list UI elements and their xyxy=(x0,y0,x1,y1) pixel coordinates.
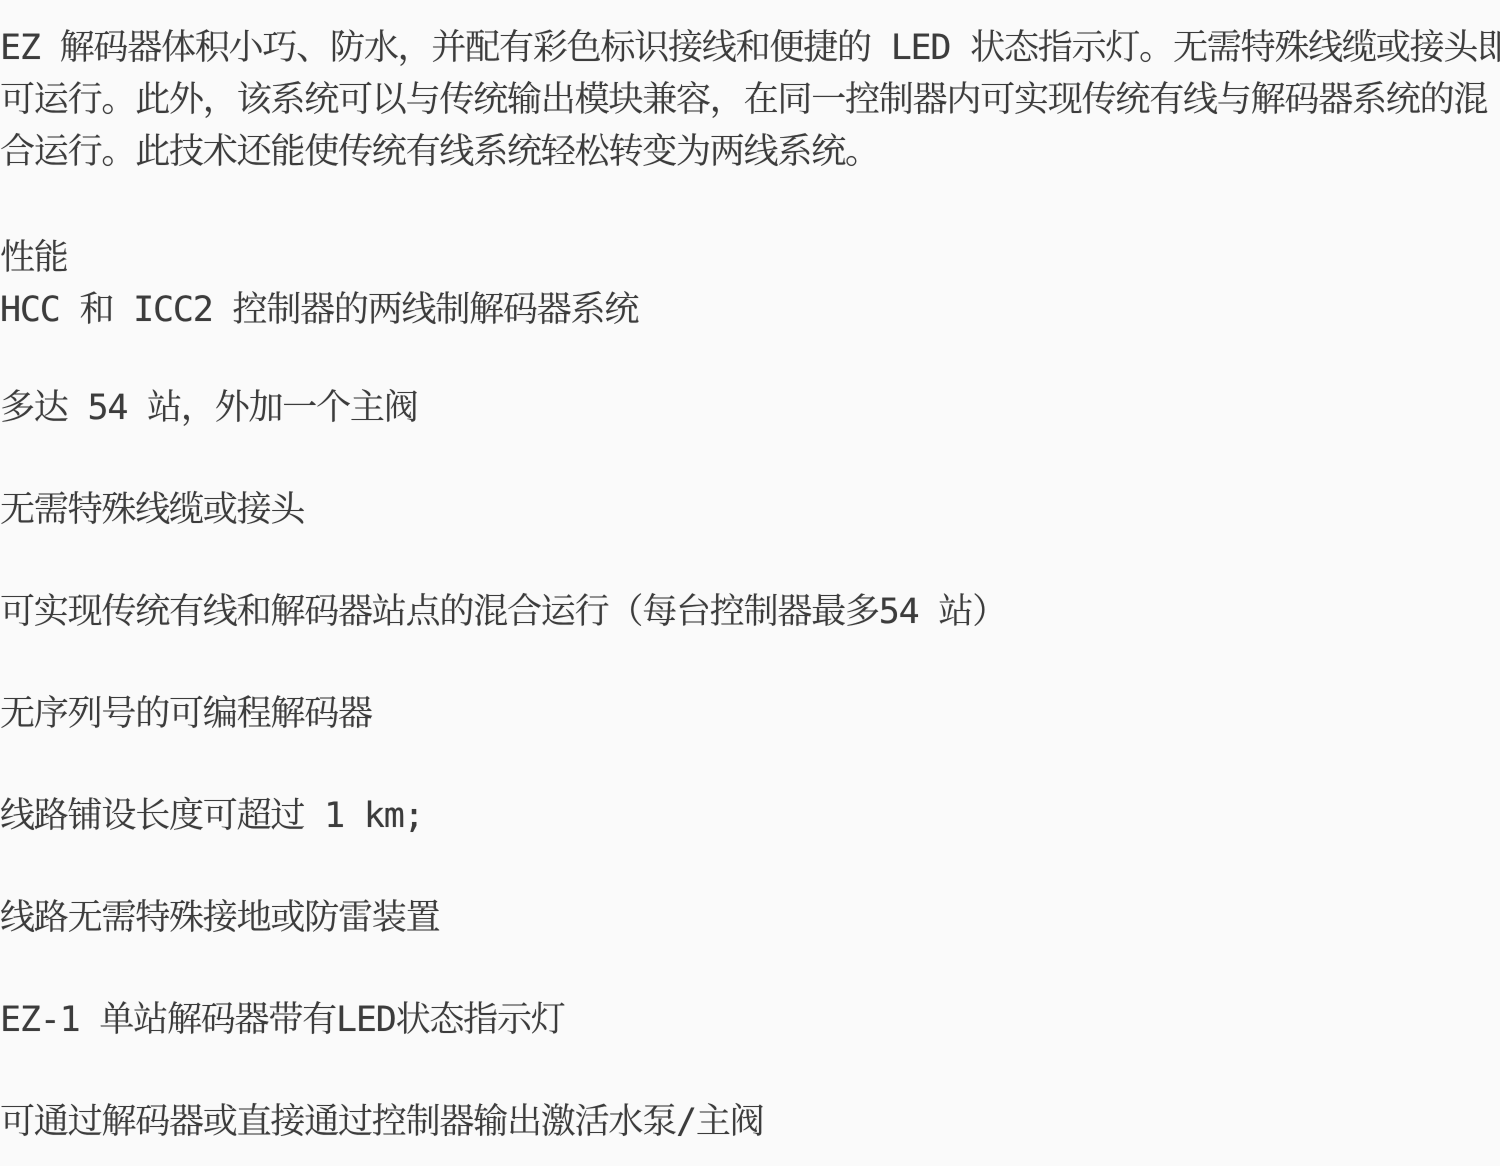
intro-line-3: 合运行。此技术还能使传统有线系统轻松转变为两线系统。 xyxy=(0,126,1500,178)
features-section: 性能 HCC 和 ICC2 控制器的两线制解码器系统 多达 54 站，外加一个主… xyxy=(0,232,1500,1148)
intro-paragraph: EZ 解码器体积小巧、防水，并配有彩色标识接线和便捷的 LED 状态指示灯。无需… xyxy=(0,22,1500,178)
feature-line: 无需特殊线缆或接头 xyxy=(0,484,1500,536)
section-heading: 性能 xyxy=(0,232,1500,284)
section-subtitle: HCC 和 ICC2 控制器的两线制解码器系统 xyxy=(0,284,1500,336)
feature-line: 可实现传统有线和解码器站点的混合运行（每台控制器最多54 站） xyxy=(0,586,1500,638)
feature-line: 线路无需特殊接地或防雷装置 xyxy=(0,892,1500,944)
feature-line: 无序列号的可编程解码器 xyxy=(0,688,1500,740)
feature-line: 多达 54 站，外加一个主阀 xyxy=(0,382,1500,434)
feature-line: 线路铺设长度可超过 1 km; xyxy=(0,790,1500,842)
document-page: EZ 解码器体积小巧、防水，并配有彩色标识接线和便捷的 LED 状态指示灯。无需… xyxy=(0,0,1500,1166)
intro-line-1: EZ 解码器体积小巧、防水，并配有彩色标识接线和便捷的 LED 状态指示灯。无需… xyxy=(0,22,1500,74)
feature-line: EZ-1 单站解码器带有LED状态指示灯 xyxy=(0,994,1500,1046)
intro-line-2: 可运行。此外，该系统可以与传统输出模块兼容，在同一控制器内可实现传统有线与解码器… xyxy=(0,74,1500,126)
feature-line: 可通过解码器或直接通过控制器输出激活水泵/主阀 xyxy=(0,1096,1500,1148)
